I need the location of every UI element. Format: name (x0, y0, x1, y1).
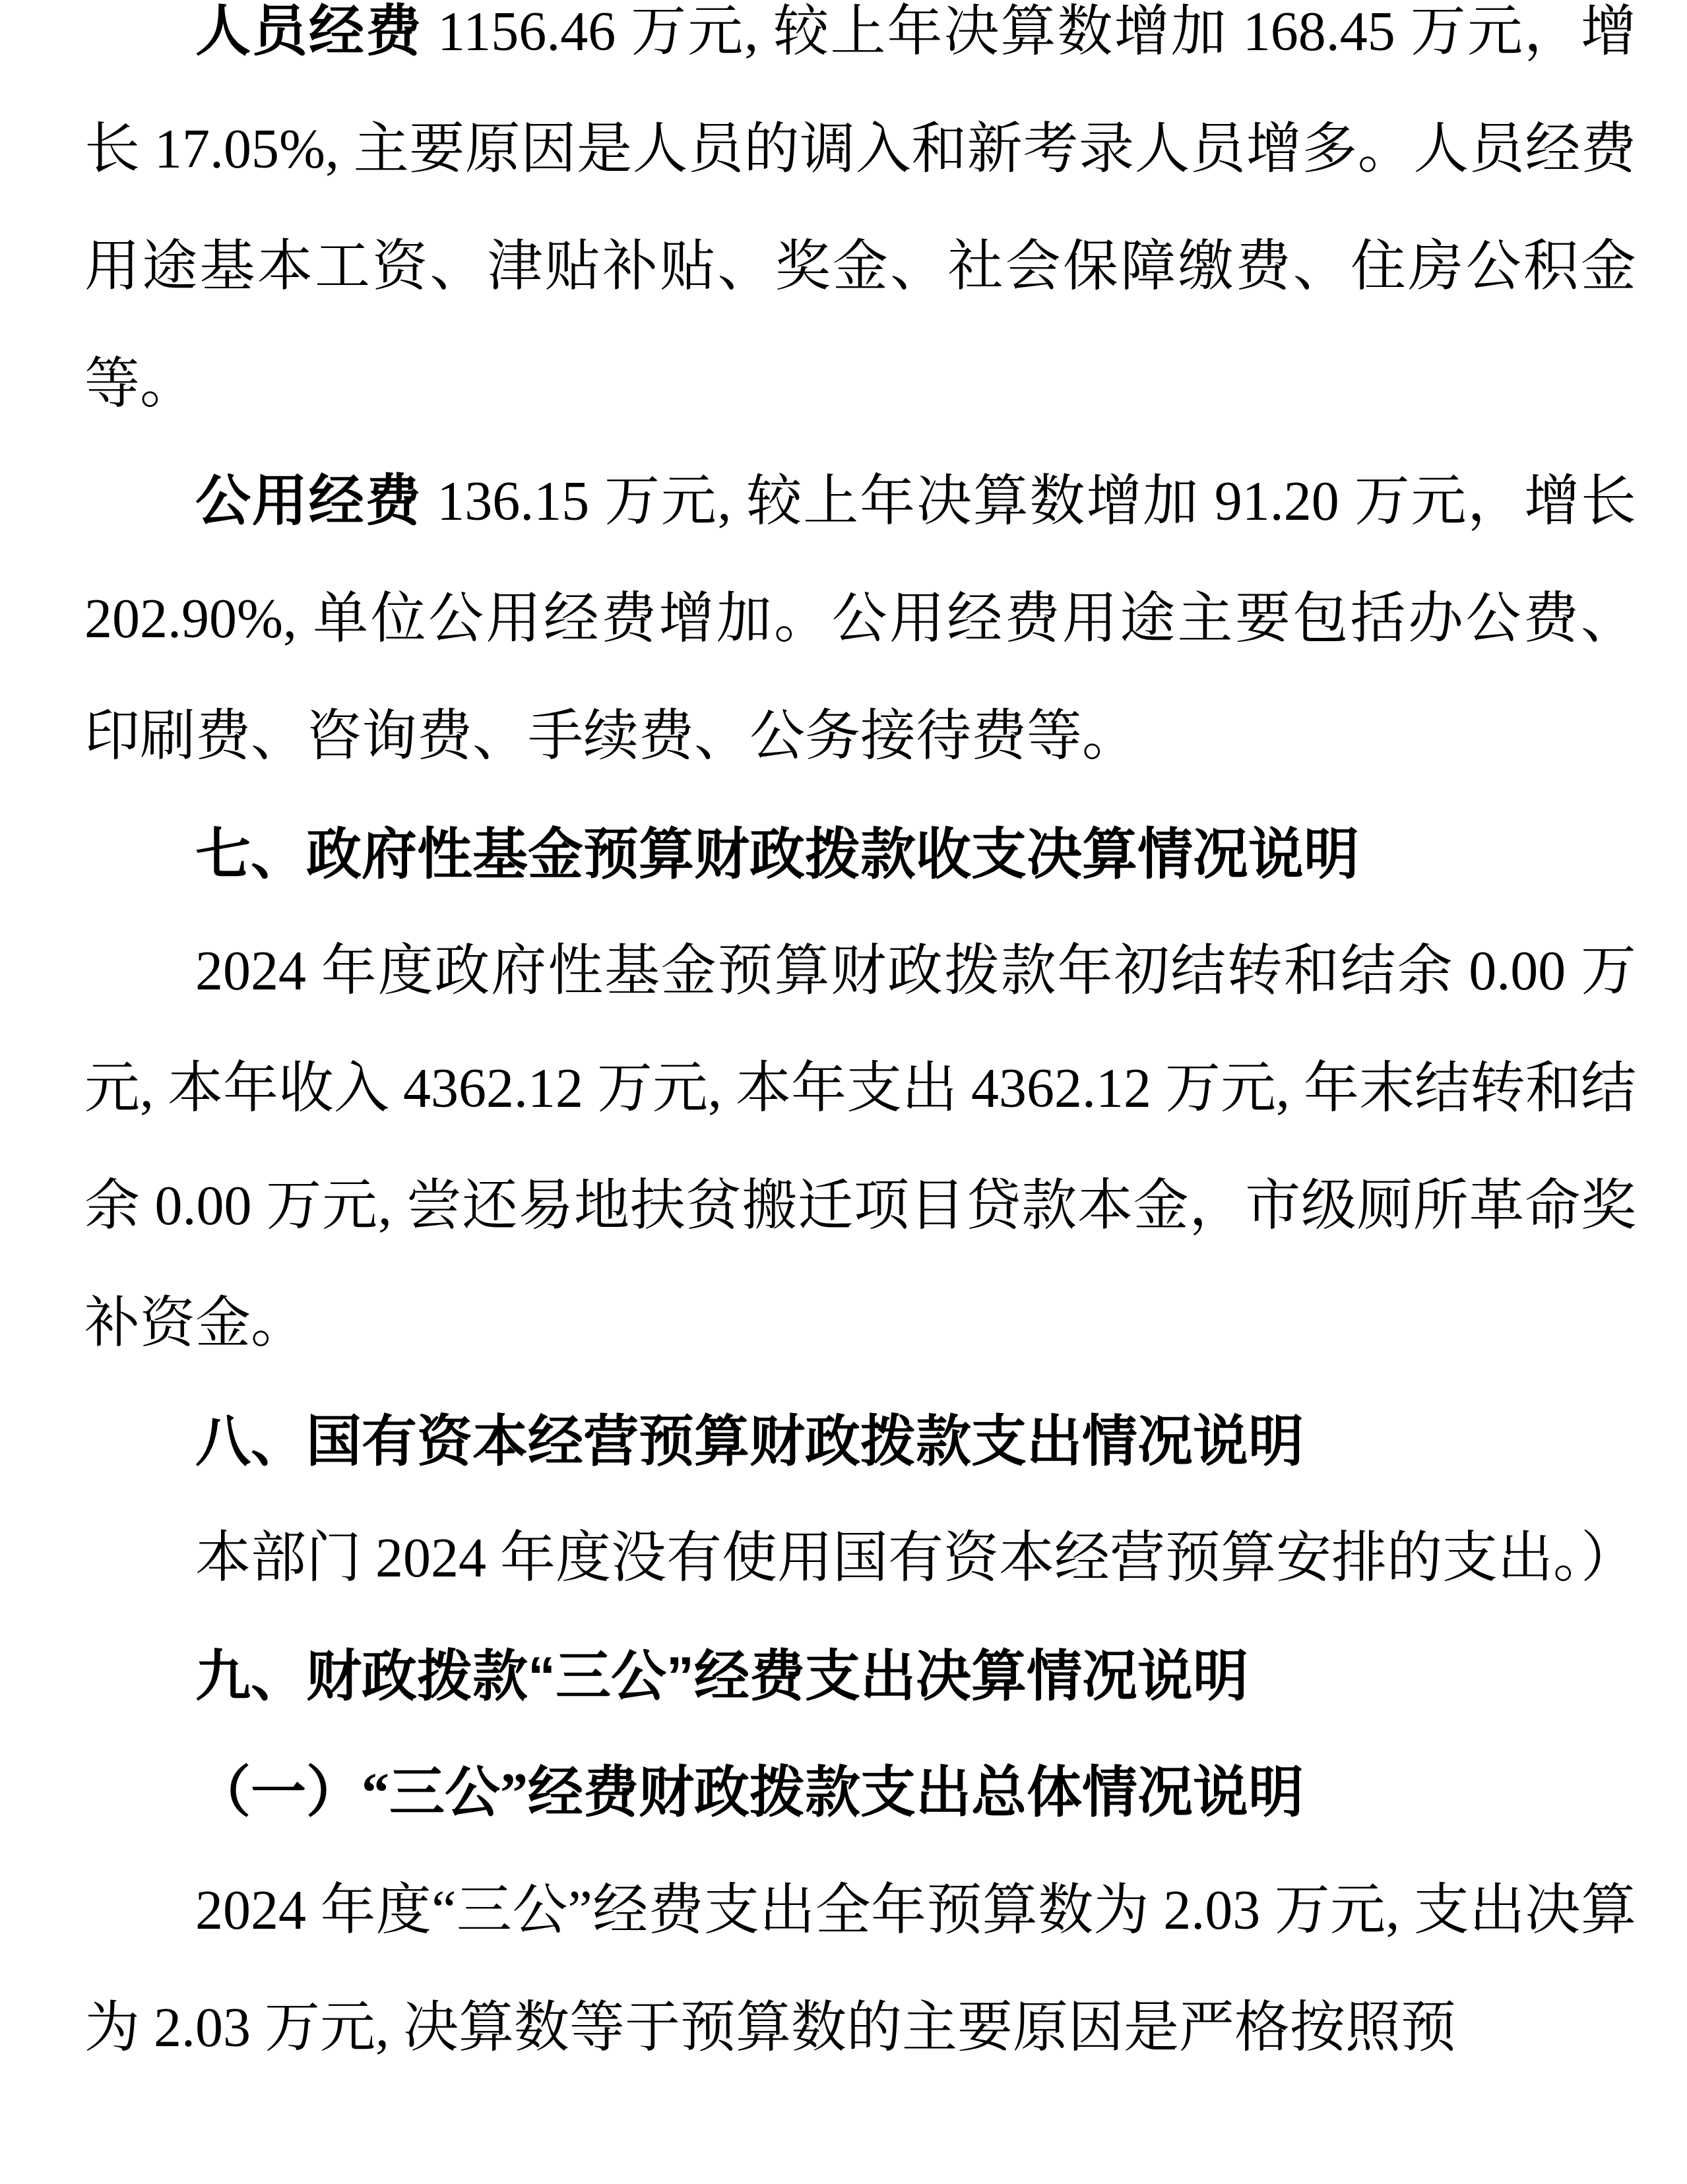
public-funds-lead-label: 公用经费 (195, 471, 422, 532)
paragraph-personnel-funds: 人员经费 1156.46 万元, 较上年决算数增加 168.45 万元，增长 1… (84, 0, 1636, 443)
heading-section-9: 九、财政拨款“三公”经费支出决算情况说明 (84, 1617, 1636, 1735)
document-page: 人员经费 1156.46 万元, 较上年决算数增加 168.45 万元，增长 1… (0, 0, 1687, 2184)
paragraph-public-funds: 公用经费 136.15 万元, 较上年决算数增加 91.20 万元，增长 202… (84, 443, 1636, 796)
heading-subsection-1: （一）“三公”经费财政拨款支出总体情况说明 (84, 1735, 1636, 1852)
paragraph-three-public-expense: 2024 年度“三公”经费支出全年预算数为 2.03 万元, 支出决算为 2.0… (84, 1852, 1636, 2087)
heading-section-8: 八、国有资本经营预算财政拨款支出情况说明 (84, 1383, 1636, 1500)
document-content: 人员经费 1156.46 万元, 较上年决算数增加 168.45 万元，增长 1… (84, 0, 1636, 2087)
personnel-funds-lead-label: 人员经费 (195, 1, 422, 63)
paragraph-gov-fund-budget: 2024 年度政府性基金预算财政拨款年初结转和结余 0.00 万元, 本年收入 … (84, 913, 1636, 1383)
paragraph-state-capital-budget: 本部门 2024 年度没有使用国有资本经营预算安排的支出。） (84, 1500, 1636, 1617)
heading-section-7: 七、政府性基金预算财政拨款收支决算情况说明 (84, 796, 1636, 913)
personnel-funds-text: 1156.46 万元, 较上年决算数增加 168.45 万元，增长 17.05%… (84, 1, 1636, 415)
